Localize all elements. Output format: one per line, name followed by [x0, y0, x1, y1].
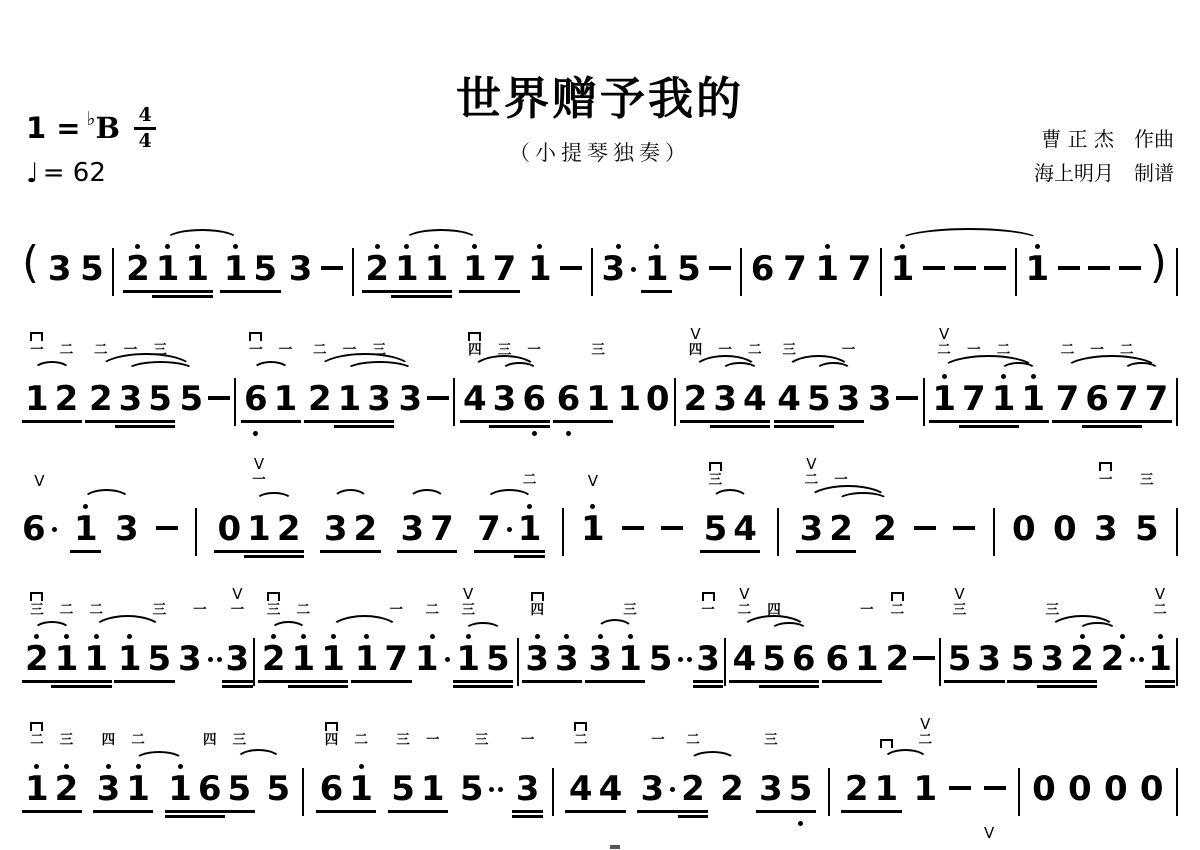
digit-row: 3 [641, 771, 676, 807]
digit-row: 2 [845, 771, 869, 807]
note: 3 [48, 192, 72, 309]
digit-row: 1 [421, 771, 445, 807]
digit-row: 3 [115, 511, 139, 547]
barline [1176, 322, 1178, 426]
beam-group: 四6二1 [317, 712, 376, 829]
beam-underline [397, 550, 428, 553]
digit-row: 1 [581, 511, 605, 547]
dash-rest [896, 322, 918, 400]
underline-row [868, 417, 892, 429]
beam-underline [583, 420, 614, 423]
beam-underline [318, 685, 349, 688]
note-digit: 5 [677, 251, 701, 287]
beam-underline [85, 420, 116, 423]
underline-row [415, 677, 450, 689]
note: V三5 [948, 582, 972, 699]
note: 5 [677, 192, 701, 309]
beam-underline [693, 685, 724, 688]
note-digit: 2 [684, 381, 708, 417]
digit-row: 1 [875, 771, 899, 807]
underline-row [168, 807, 192, 819]
time-signature: 4 4 [134, 106, 156, 151]
note-digit: 3 [324, 511, 348, 547]
beam-underline [115, 420, 146, 423]
note: V一3 [226, 582, 250, 699]
beam-underline [364, 420, 395, 423]
note-digit: 0 [218, 511, 242, 547]
note-annotations: 二 [574, 712, 588, 762]
underline-row [837, 417, 861, 429]
dash-mark [923, 266, 945, 270]
note-digit: 3 [1041, 641, 1065, 677]
beam-underline [514, 555, 545, 558]
note-annotations: V [588, 452, 598, 502]
slur [345, 361, 414, 381]
fingering: 三 [233, 733, 247, 748]
digit-row: 5 [789, 771, 813, 807]
digit-row: 1 [185, 251, 209, 287]
underline-row [463, 417, 487, 429]
slur [134, 751, 184, 771]
digit-row: 3 [868, 381, 892, 417]
slur [408, 489, 446, 513]
slur [770, 622, 808, 640]
beam-underline [871, 810, 902, 813]
note: V6 [22, 452, 57, 569]
fingering: 二 [574, 733, 588, 748]
note-digit: 3 [48, 251, 72, 287]
note: 四3 [525, 582, 549, 699]
note: 5 [80, 192, 104, 309]
barline-mark [1018, 768, 1020, 816]
dash-mark [427, 396, 449, 400]
dash-mark [1119, 266, 1141, 270]
digit-row: 4 [733, 511, 757, 547]
note: 6 [751, 192, 775, 309]
beam-underline [680, 420, 711, 423]
underline-row [886, 677, 910, 689]
beam-underline [1037, 680, 1068, 683]
note: 3 [602, 192, 637, 309]
note: 三5 [391, 712, 415, 829]
digit-row: 1 [528, 251, 552, 287]
spacer [1018, 712, 1020, 768]
digit-row: 4 [463, 381, 487, 417]
note-digit: 2 [1101, 641, 1125, 677]
note-annotations: 二 [891, 582, 905, 632]
note-digit: 3 [399, 381, 423, 417]
digit-row: 0 [1104, 771, 1128, 807]
note-digit: 1 [425, 251, 449, 287]
duration-dot [631, 267, 636, 272]
underline-row [97, 807, 121, 819]
digit-row: 6 [792, 641, 816, 677]
credits: 曹 正 杰 作曲 海上明月 制谱 [1034, 122, 1174, 190]
barline-mark [880, 248, 882, 296]
up-bow-icon: V [806, 458, 816, 471]
beam-underline [453, 685, 484, 688]
beam-underline [114, 680, 145, 683]
underline-row [1115, 417, 1139, 429]
beam-underline [637, 810, 679, 813]
beam-underline [70, 550, 101, 553]
fingering: 二 [937, 343, 951, 358]
duration-dot [507, 527, 512, 532]
partial-next-line-fragment [610, 845, 620, 849]
slur [485, 489, 534, 513]
digit-row: 5 [391, 771, 415, 807]
beam-underline [740, 420, 771, 423]
note-digit: 1 [815, 251, 839, 287]
note: 1 [395, 192, 419, 309]
note-digit: 7 [384, 641, 408, 677]
barline [939, 582, 941, 686]
digit-row: 1 [25, 771, 49, 807]
underline-row [875, 807, 899, 819]
slur [1123, 362, 1161, 380]
note-digit: 2 [365, 251, 389, 287]
note: 6 [557, 322, 581, 439]
note-annotations: 四 [530, 582, 544, 632]
beam-underline [585, 680, 616, 683]
note: 5 [486, 582, 510, 699]
spacer [1176, 452, 1178, 508]
note: 0 [646, 322, 670, 439]
dash-rest [427, 322, 449, 400]
underline-row [684, 417, 708, 429]
key-letter: B [96, 111, 121, 145]
underline-row [1026, 287, 1050, 299]
fingering: 二 [30, 733, 44, 748]
barline-mark [1015, 248, 1017, 296]
underline-row [977, 677, 1001, 689]
digit-row: 1 [25, 381, 49, 417]
note-digit: 1 [168, 771, 192, 807]
digit-row: 1 [55, 641, 79, 677]
beam-underline [700, 550, 731, 553]
underline-row [22, 547, 57, 559]
fingering: 二 [1061, 343, 1075, 358]
digit-row: 1 [415, 641, 450, 677]
digit-row: 0 [1068, 771, 1092, 807]
note: 0 [1053, 452, 1077, 569]
underline-row [349, 807, 373, 819]
beam-group: 二1三2 [22, 712, 81, 829]
note-digit: 0 [1012, 511, 1036, 547]
beam-underline [152, 290, 183, 293]
note-digit: 1 [618, 641, 642, 677]
down-bow-icon [468, 332, 481, 341]
underline-row [569, 807, 593, 819]
digit-row: 6 [22, 511, 57, 547]
note: 2 [720, 712, 744, 829]
underline-row [400, 547, 424, 559]
digit-row: 5 [228, 771, 252, 807]
slur [33, 621, 71, 641]
underline-row [292, 677, 316, 689]
spacer [671, 452, 673, 526]
underline-row [456, 677, 480, 689]
note: 0 [1104, 712, 1128, 829]
note-annotations: 一 [426, 712, 440, 762]
spacer [923, 322, 925, 378]
up-bow-icon: V [588, 475, 598, 488]
beam-underline [421, 295, 452, 298]
digit-row: 1 [618, 641, 642, 677]
underline-row [308, 417, 332, 429]
note: 1 [528, 192, 552, 309]
note: 一3 [1094, 452, 1118, 569]
fingering: 一 [521, 733, 535, 748]
note-digit: 1 [349, 771, 373, 807]
underline-row [1068, 807, 1092, 819]
note: 二1 [415, 582, 450, 699]
low-octave-dot [798, 821, 803, 826]
beam-underline [514, 550, 545, 553]
note-digit: 5 [948, 641, 972, 677]
beam-underline [362, 290, 393, 293]
note-digit: 6 [557, 381, 581, 417]
note-annotations: 四 [203, 712, 217, 762]
note: 3 [555, 582, 579, 699]
note-digit: 5 [180, 381, 204, 417]
barline [453, 322, 455, 426]
beam-group: V三53 [945, 582, 1004, 699]
note-digit: 6 [320, 771, 344, 807]
fingering: 三 [709, 473, 723, 488]
key-signature-block: 1 =♭B 4 4 ♩ = 62 [26, 106, 156, 189]
beam-underline [759, 685, 790, 688]
beam-underline [774, 420, 805, 423]
note: 2 [365, 192, 389, 309]
beam-underline [519, 425, 550, 428]
beam-underline [641, 290, 672, 293]
underline-row [353, 547, 377, 559]
underline-row [762, 677, 786, 689]
underline-row [1056, 417, 1080, 429]
note-digit: 4 [733, 511, 757, 547]
barline-mark [1176, 508, 1178, 556]
beam-underline [350, 550, 381, 553]
spacer [352, 192, 354, 248]
spacer [719, 192, 721, 266]
digit-row: 1 [292, 641, 316, 677]
underline-row [338, 417, 362, 429]
fingering: 二 [94, 343, 108, 358]
barline-mark [923, 378, 925, 426]
beam-underline [1067, 680, 1098, 683]
beam-underline [553, 420, 584, 423]
digit-row: 3 [400, 511, 424, 547]
dash-mark [984, 786, 1006, 790]
beam-underline [123, 290, 154, 293]
key-signature: 1 =♭B 4 4 [26, 106, 156, 151]
note-digit: 2 [277, 511, 301, 547]
up-bow-icon: V [34, 475, 44, 488]
digit-row: 4 [777, 381, 801, 417]
barline [993, 452, 995, 556]
dash-mark [208, 396, 230, 400]
note-digit: 2 [720, 771, 744, 807]
underline-row [247, 547, 271, 559]
note-annotations: 三 [591, 322, 605, 372]
beam-underline [1145, 685, 1176, 688]
digit-row: 1 [913, 771, 937, 807]
underline-row [845, 807, 869, 819]
duration-dots [1130, 657, 1144, 662]
slur [270, 621, 308, 641]
barline-mark [352, 248, 354, 296]
score-line: V6130V一1232377二1V1三54V二3一2200一3三5 [22, 452, 1178, 569]
beam-underline [388, 810, 419, 813]
credit-composer: 曹 正 杰 作曲 [1034, 122, 1174, 156]
dash-rest [156, 452, 178, 530]
score-line: 三2二1二11三5一3V一3三2二111一7二1V三15四333三15一3V二4… [22, 582, 1178, 699]
beam-underline [346, 810, 377, 813]
note-digit: 2 [25, 641, 49, 677]
beam-group: 三2二11 [259, 582, 348, 699]
fingering: 二 [891, 603, 905, 618]
note-digit: 2 [353, 511, 377, 547]
note: 1 [815, 192, 839, 309]
underline-row [80, 287, 104, 299]
note-digit: 1 [1148, 641, 1172, 677]
underline-row [25, 807, 49, 819]
note: 1 [224, 192, 248, 309]
spacer [1176, 582, 1178, 638]
up-bow-icon: V [1155, 588, 1165, 601]
note: 1 [891, 192, 915, 309]
barline [1018, 712, 1020, 816]
note-annotations: 一 [1099, 452, 1113, 502]
beam-underline [165, 810, 196, 813]
digit-row: 5 [148, 641, 172, 677]
note-digit: 1 [618, 381, 642, 417]
note-digit: 1 [1021, 381, 1045, 417]
note-digit: 3 [516, 771, 540, 807]
digit-row: 5 [486, 641, 510, 677]
digit-row: 5 [180, 381, 204, 417]
beam-underline [489, 425, 520, 428]
beam-underline [615, 680, 646, 683]
note-digit: 1 [875, 771, 899, 807]
underline-row [493, 417, 517, 429]
beam-underline [474, 550, 516, 553]
underline-row [792, 677, 816, 689]
beam-underline [729, 680, 760, 683]
underline-row [825, 677, 849, 689]
note-digit: 6 [198, 771, 222, 807]
digit-row: 7 [848, 251, 872, 287]
digit-row: 3 [97, 771, 121, 807]
barline [302, 712, 304, 816]
note-digit: 1 [1026, 251, 1050, 287]
digit-row: 1 [855, 641, 879, 677]
beam-underline [803, 420, 834, 423]
note-digit: 7 [1145, 381, 1169, 417]
underline-row [1145, 417, 1169, 429]
slur [464, 622, 502, 640]
barline [253, 582, 255, 686]
barline [1176, 192, 1178, 296]
fingering: 一 [842, 343, 856, 358]
note-digit: 3 [525, 641, 549, 677]
barline [1176, 712, 1178, 816]
barline-mark [562, 508, 564, 556]
beam-underline [988, 420, 1019, 423]
underline-row [55, 417, 79, 429]
slur [255, 492, 293, 510]
beam-underline [785, 810, 816, 813]
note-digit: 1 [126, 771, 150, 807]
underline-row [48, 287, 72, 299]
fingering: 四 [530, 603, 544, 618]
beam-underline [756, 810, 787, 813]
tempo-marking: ♩ = 62 [26, 158, 156, 189]
beam-underline [391, 295, 422, 298]
note: 二4 [569, 712, 593, 829]
fingering: 一 [279, 343, 293, 358]
note-digit: 1 [274, 381, 298, 417]
barline-mark [552, 768, 554, 816]
beam-underline [459, 290, 490, 293]
digit-row: 5 [460, 771, 504, 807]
underline-row [55, 677, 79, 689]
digit-row: 6 [557, 381, 581, 417]
spacer [1176, 192, 1178, 248]
spacer [880, 192, 882, 248]
note-digit: 5 [228, 771, 252, 807]
dash-mark [984, 266, 1006, 270]
barline [777, 452, 779, 556]
beam-group: 6一1 [822, 582, 881, 699]
digit-row: 4 [743, 381, 767, 417]
beam-underline [522, 680, 553, 683]
beam-group: 一3二2 [638, 712, 708, 829]
digit-row: 6 [198, 771, 222, 807]
underline-row [618, 677, 642, 689]
note: 2 [277, 452, 301, 569]
digit-row: 6 [522, 381, 546, 417]
beam-underline [512, 810, 543, 813]
note: 0 [218, 452, 242, 569]
note: 0 [1032, 712, 1056, 829]
note-digit: 7 [477, 511, 501, 547]
note-digit: 3 [837, 381, 861, 417]
beam-underline [51, 680, 82, 683]
up-bow-icon: V [463, 588, 473, 601]
fingering: 三 [461, 603, 475, 618]
digit-row: 7 [384, 641, 408, 677]
underline-row [25, 417, 49, 429]
note-digit: 4 [463, 381, 487, 417]
underline-row [713, 417, 737, 429]
note: 3 [289, 192, 313, 309]
note-digit: 4 [569, 771, 593, 807]
fingering: 二 [354, 733, 368, 748]
digit-row: 1 [321, 641, 345, 677]
score-line: 一1二2二2一3三55一6一1二2一1三33四4三3一66三110V四2一3二4… [22, 322, 1178, 439]
beam-underline [318, 680, 349, 683]
beam-group: 三35 [756, 712, 815, 829]
beam-underline [460, 420, 491, 423]
underline-row [395, 287, 419, 299]
underline-row [777, 417, 801, 429]
note: 3 [868, 322, 892, 439]
dash-rest [949, 712, 971, 790]
beam-underline [194, 810, 225, 813]
note-annotations: 一 [701, 582, 715, 632]
